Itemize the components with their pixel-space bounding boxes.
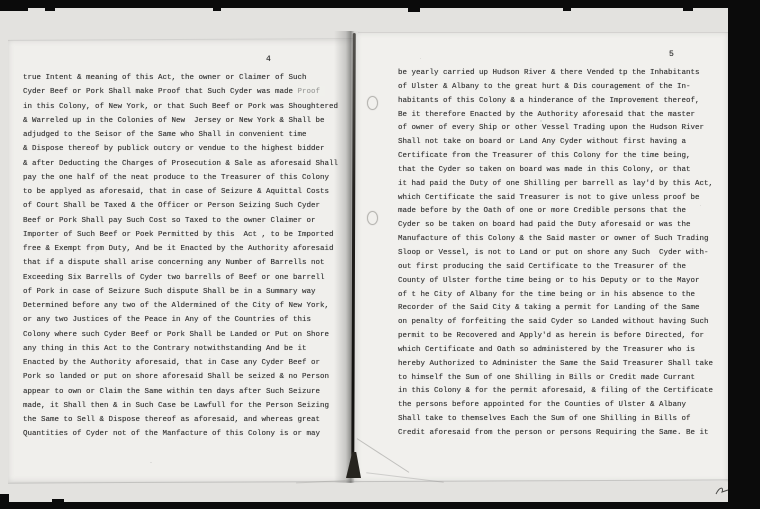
film-edge-nub [52,499,64,503]
dust-speck [180,332,181,333]
dust-speck [700,205,701,206]
dust-speck [452,302,453,303]
punch-hole-top [367,96,378,110]
dust-speck [622,400,623,401]
dust-speck [150,462,152,463]
film-border-top [0,0,760,8]
dust-speck [95,250,97,252]
film-sprocket-mark [408,8,420,12]
pencil-mark [714,484,730,497]
dust-speck [540,120,542,122]
film-border-right [728,0,760,509]
film-sprocket-mark [45,8,55,11]
film-edge-nub [0,494,9,509]
page-right-text: be yearly carried up Hudson River & ther… [398,67,724,441]
microfilm-scan: 4 true Intent & meaning of this Act, the… [0,0,760,509]
punch-hole-bottom [367,211,378,225]
film-sprocket-mark [683,8,693,11]
faded-word-patch [296,86,325,96]
page-left-text: true Intent & meaning of this Act, the o… [23,71,349,442]
page-number-left: 4 [266,55,271,64]
film-border-bottom [0,502,760,509]
dust-speck [262,430,263,432]
film-sprocket-mark [0,0,28,11]
page-right-top-edge [358,32,728,33]
page-number-right: 5 [669,50,674,59]
dust-speck [300,160,302,161]
film-sprocket-mark [563,8,571,11]
film-sprocket-mark [213,8,221,11]
dust-speck [420,58,421,59]
